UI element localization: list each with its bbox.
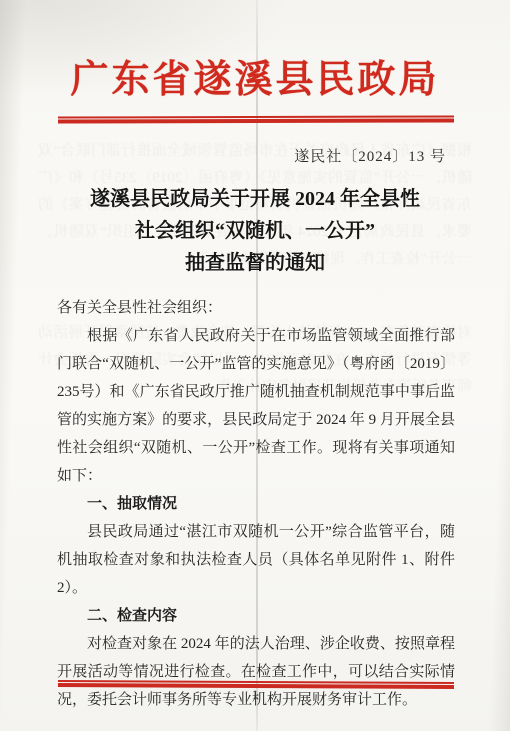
salutation: 各有关全县性社会组织：	[57, 294, 455, 322]
doc-body: 各有关全县性社会组织： 根据《广东省人民政府关于在市场监管领域全面推行部门联合“…	[57, 294, 455, 714]
doc-title-line-1: 遂溪县民政局关于开展 2024 年全县性	[30, 183, 480, 215]
page-number: 1	[0, 687, 510, 703]
doc-title: 遂溪县民政局关于开展 2024 年全县性 社会组织“双随机、一公开” 抽查监督的…	[30, 183, 480, 279]
header-red-rule	[58, 115, 454, 123]
doc-title-line-2: 社会组织“双随机、一公开”	[30, 215, 480, 247]
section-heading-2: 二、检查内容	[57, 602, 455, 630]
section-heading-1: 一、抽取情况	[57, 490, 455, 518]
scanned-notice-page: 根据《广东省人民政府关于在市场监管领域全面推行部门联合“双随机、一公开”监管的实…	[0, 0, 510, 731]
doc-title-line-3: 抽查监督的通知	[30, 247, 480, 279]
paragraph-sampling: 县民政局通过“湛江市双随机一公开”综合监管平台，随机抽取检查对象和执法检查人员（…	[57, 518, 455, 602]
paragraph-basis: 根据《广东省人民政府关于在市场监管领域全面推行部门联合“双随机、一公开”监管的实…	[57, 322, 455, 490]
header-rule-thick-line	[58, 118, 454, 123]
doc-reference-number: 遂民社〔2024〕13 号	[294, 145, 446, 166]
agency-header-title: 广东省遂溪县民政局	[0, 48, 510, 103]
